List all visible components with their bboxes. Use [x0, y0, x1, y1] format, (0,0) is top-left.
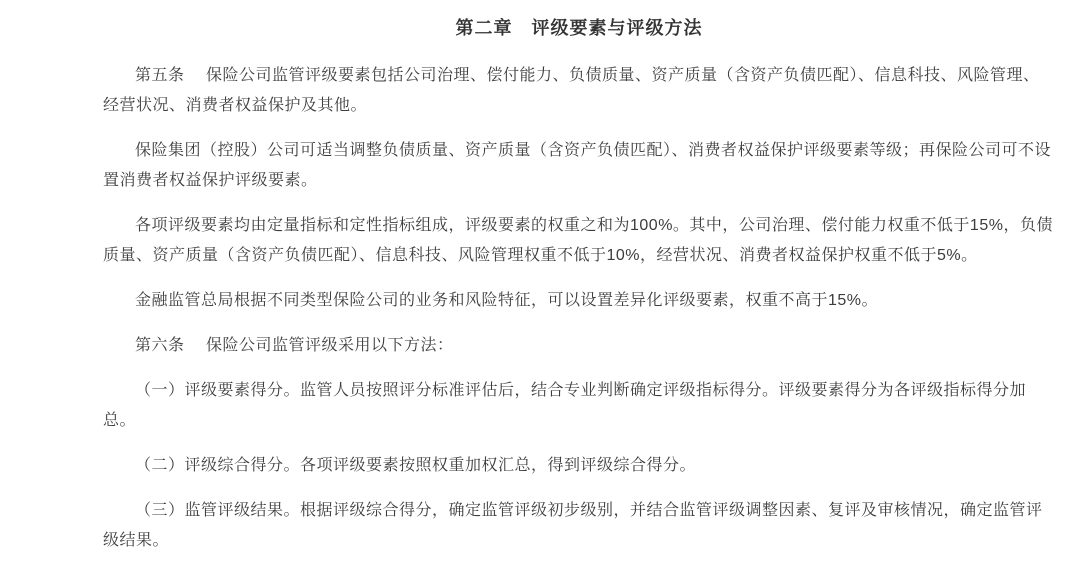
paragraph-article-5: 第五条 保险公司监管评级要素包括公司治理、偿付能力、负债质量、资产质量（含资产负… [103, 61, 1055, 121]
paragraph-method-3-rating-result: （三）监管评级结果。根据评级综合得分，确定监管评级初步级别，并结合监管评级调整因… [103, 496, 1055, 556]
paragraph-element-weights: 各项评级要素均由定量指标和定性指标组成，评级要素的权重之和为100%。其中，公司… [103, 211, 1055, 271]
chapter-title: 第二章 评级要素与评级方法 [103, 16, 1055, 40]
paragraph-differentiated-elements: 金融监管总局根据不同类型保险公司的业务和风险特征，可以设置差异化评级要素，权重不… [103, 286, 1055, 316]
paragraph-method-1-element-score: （一）评级要素得分。监管人员按照评分标准评估后，结合专业判断确定评级指标得分。评… [103, 376, 1055, 436]
paragraph-article-6: 第六条 保险公司监管评级采用以下方法： [103, 331, 1055, 361]
paragraph-method-2-composite-score: （二）评级综合得分。各项评级要素按照权重加权汇总，得到评级综合得分。 [103, 451, 1055, 481]
document-page: 第二章 评级要素与评级方法 第五条 保险公司监管评级要素包括公司治理、偿付能力、… [103, 0, 1055, 571]
paragraph-group-adjustment: 保险集团（控股）公司可适当调整负债质量、资产质量（含资产负债匹配）、消费者权益保… [103, 136, 1055, 196]
